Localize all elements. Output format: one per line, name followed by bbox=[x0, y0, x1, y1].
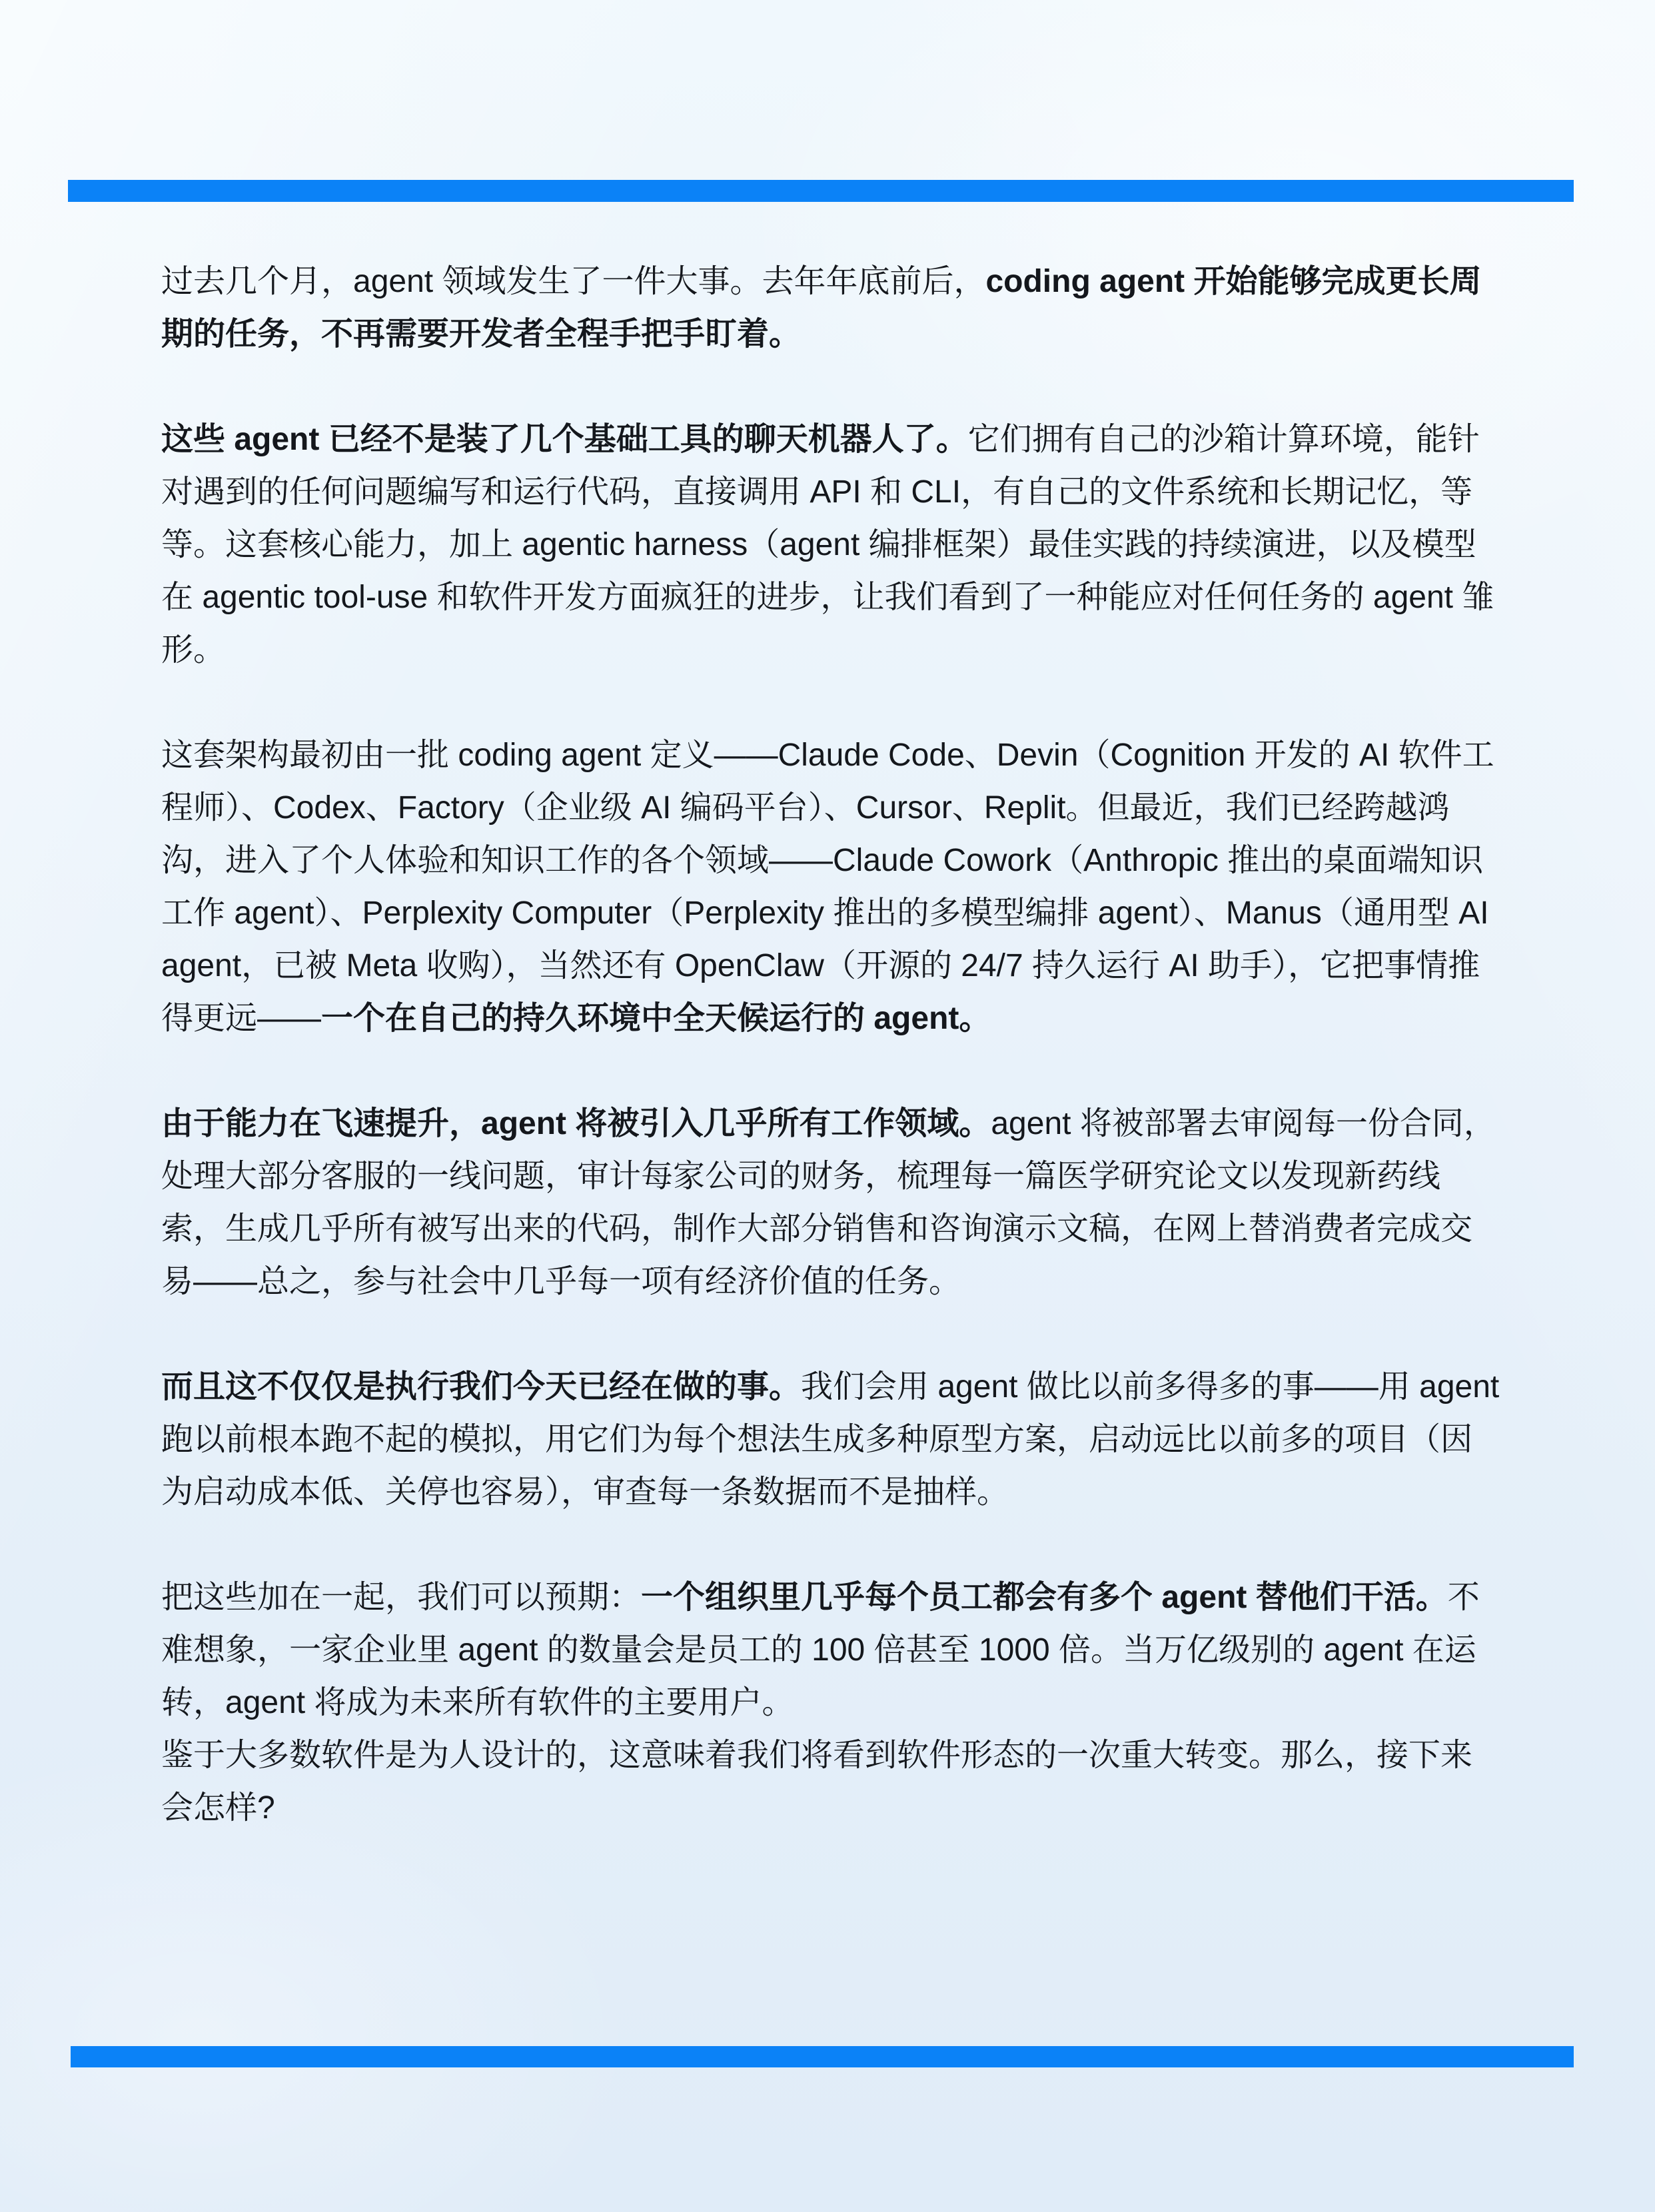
bottom-divider-bar bbox=[71, 2046, 1574, 2067]
top-divider-bar bbox=[68, 180, 1574, 202]
text-run-bold: 由于能力在飞速提升，agent 将被引入几乎所有工作领域。 bbox=[161, 1106, 991, 1141]
paragraph: 过去几个月，agent 领域发生了一件大事。去年年底前后，coding agen… bbox=[161, 255, 1502, 360]
paragraph: 这些 agent 已经不是装了几个基础工具的聊天机器人了。它们拥有自己的沙箱计算… bbox=[161, 413, 1502, 676]
page: 过去几个月，agent 领域发生了一件大事。去年年底前后，coding agen… bbox=[0, 0, 1655, 2212]
text-run: 过去几个月，agent 领域发生了一件大事。去年年底前后， bbox=[161, 264, 985, 299]
text-run-bold: 一个在自己的持久环境中全天候运行的 agent。 bbox=[321, 1001, 991, 1036]
paragraph: 这套架构最初由一批 coding agent 定义——Claude Code、D… bbox=[161, 729, 1502, 1045]
text-run: 它们拥有自己的沙箱计算环境，能针对遇到的任何问题编写和运行代码，直接调用 API… bbox=[161, 422, 1494, 668]
text-run: 这套架构最初由一批 coding agent 定义——Claude Code、D… bbox=[161, 738, 1494, 1036]
text-run: 鉴于大多数软件是为人设计的，这意味着我们将看到软件形态的一次重大转变。那么，接下… bbox=[161, 1738, 1472, 1826]
article: 过去几个月，agent 领域发生了一件大事。去年年底前后，coding agen… bbox=[161, 255, 1502, 1834]
paragraph: 把这些加在一起，我们可以预期：一个组织里几乎每个员工都会有多个 agent 替他… bbox=[161, 1571, 1502, 1834]
text-run-bold: 而且这不仅仅是执行我们今天已经在做的事。 bbox=[161, 1369, 801, 1404]
paragraph: 由于能力在飞速提升，agent 将被引入几乎所有工作领域。agent 将被部署去… bbox=[161, 1097, 1502, 1308]
text-run-bold: 一个组织里几乎每个员工都会有多个 agent 替他们干活。 bbox=[641, 1580, 1448, 1615]
text-run-bold: 这些 agent 已经不是装了几个基础工具的聊天机器人了。 bbox=[161, 422, 968, 457]
paragraph: 而且这不仅仅是执行我们今天已经在做的事。我们会用 agent 做比以前多得多的事… bbox=[161, 1361, 1502, 1518]
text-run: 把这些加在一起，我们可以预期： bbox=[161, 1580, 641, 1615]
